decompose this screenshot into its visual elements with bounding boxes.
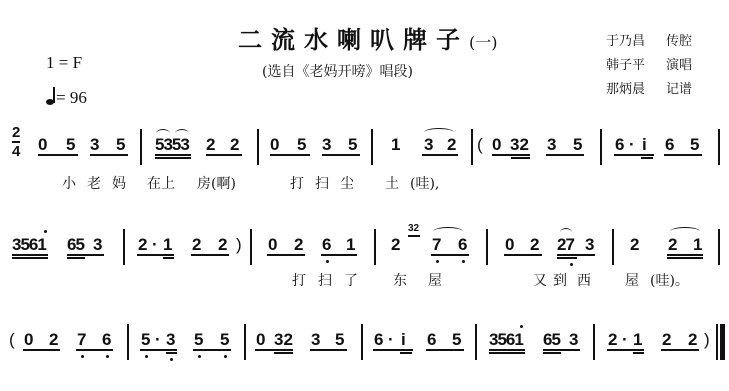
underline bbox=[270, 154, 310, 156]
underline bbox=[607, 349, 644, 351]
underline bbox=[431, 254, 469, 256]
note: 32 bbox=[510, 135, 529, 155]
note: 1 bbox=[693, 235, 702, 255]
note: 0 bbox=[38, 135, 47, 155]
note: 3 bbox=[585, 235, 594, 255]
note: 0 bbox=[505, 235, 514, 255]
underline bbox=[321, 254, 357, 256]
note: 3 bbox=[322, 135, 331, 155]
note: i bbox=[401, 330, 406, 350]
bar-line bbox=[600, 129, 602, 165]
note: 2 bbox=[530, 235, 539, 255]
note: 32 bbox=[274, 330, 293, 350]
credit-role: 记谱 bbox=[666, 82, 692, 97]
lyric: 了 bbox=[344, 270, 358, 290]
bar-line bbox=[718, 229, 720, 265]
note: 3 bbox=[569, 330, 578, 350]
subtitle: (选自《老妈开嗙》唱段) bbox=[262, 61, 413, 81]
underline bbox=[511, 157, 530, 159]
note: 5 bbox=[141, 330, 150, 350]
bar-line bbox=[374, 229, 376, 265]
note: 0 bbox=[24, 330, 33, 350]
dot: · bbox=[622, 330, 628, 350]
grace-notes: 32 bbox=[408, 223, 419, 234]
note-group: 5353 bbox=[155, 135, 189, 155]
bar-line bbox=[471, 129, 473, 165]
note: 2 bbox=[688, 330, 697, 350]
lyric: 扫 bbox=[318, 270, 332, 290]
bar-line bbox=[612, 229, 614, 265]
underline bbox=[557, 254, 595, 256]
dot: · bbox=[388, 330, 394, 350]
note: 2 bbox=[294, 235, 303, 255]
note: 1 bbox=[346, 235, 355, 255]
underline bbox=[641, 157, 653, 159]
note: 3 bbox=[166, 330, 175, 350]
dot: · bbox=[629, 135, 635, 155]
note: 1 bbox=[391, 135, 400, 155]
low-octave-dot bbox=[81, 355, 84, 358]
bar-line bbox=[140, 129, 142, 165]
bar-line bbox=[718, 129, 720, 165]
note: 6 bbox=[322, 235, 331, 255]
note: 2 bbox=[630, 235, 639, 255]
note: 0 bbox=[492, 135, 501, 155]
underline bbox=[667, 257, 703, 259]
paren: ) bbox=[704, 330, 710, 350]
bar-line bbox=[716, 324, 718, 360]
paren: ) bbox=[236, 235, 242, 255]
ts-bottom: 4 bbox=[12, 144, 20, 159]
underline bbox=[422, 154, 458, 156]
dot: · bbox=[155, 330, 161, 350]
note: 6 bbox=[615, 135, 624, 155]
final-bar-line bbox=[720, 324, 725, 360]
underline bbox=[408, 235, 420, 237]
note: 6 bbox=[102, 330, 111, 350]
lyric: 屋 bbox=[428, 270, 442, 290]
bar-line bbox=[244, 324, 246, 360]
underline bbox=[166, 352, 177, 354]
note: 3 bbox=[90, 135, 99, 155]
credit-name: 那炳晨 bbox=[606, 78, 666, 102]
note: 2 bbox=[230, 135, 239, 155]
low-octave-dot bbox=[198, 355, 201, 358]
note-group: 65 bbox=[67, 235, 84, 255]
underline bbox=[543, 349, 580, 351]
note: 5 bbox=[573, 135, 582, 155]
note: 3 bbox=[547, 135, 556, 155]
low-octave-dot bbox=[224, 355, 227, 358]
underline bbox=[137, 254, 174, 256]
note: 6 bbox=[665, 135, 674, 155]
lyric: 扫 bbox=[315, 173, 329, 193]
paren: ( bbox=[9, 330, 15, 350]
underline bbox=[664, 154, 702, 156]
bar-line bbox=[371, 129, 373, 165]
lyric: 打 bbox=[290, 173, 304, 193]
note: 2 bbox=[192, 235, 201, 255]
bar-line bbox=[250, 229, 252, 265]
underline bbox=[504, 254, 542, 256]
underline bbox=[193, 349, 231, 351]
title-text: 二流水喇叭牌子 bbox=[238, 25, 469, 54]
note: 2 bbox=[49, 330, 58, 350]
note: 5 bbox=[194, 330, 203, 350]
underline bbox=[322, 154, 360, 156]
underline bbox=[38, 154, 78, 156]
bar-line bbox=[127, 324, 129, 360]
low-octave-dot bbox=[145, 355, 148, 358]
note: 0 bbox=[270, 135, 279, 155]
underline bbox=[76, 349, 113, 351]
lyric: 尘 bbox=[340, 173, 354, 193]
bar-line bbox=[475, 324, 477, 360]
staff-line-3: ( 0 2 7 6 5 · 3 5 5 0 32 3 5 6 · i 6 5 3… bbox=[0, 330, 729, 370]
underline bbox=[661, 349, 699, 351]
low-octave-dot bbox=[106, 355, 109, 358]
ts-top: 2 bbox=[12, 125, 20, 140]
underline bbox=[667, 254, 703, 256]
credit-row: 于乃昌传腔 bbox=[606, 30, 692, 54]
underline bbox=[489, 352, 525, 354]
credit-role: 传腔 bbox=[666, 34, 692, 49]
underline bbox=[543, 352, 561, 354]
high-octave-dot bbox=[44, 230, 47, 233]
bar-line bbox=[123, 229, 125, 265]
underline bbox=[67, 257, 85, 259]
lyric: (哇)。 bbox=[650, 270, 689, 290]
title-suffix: (一) bbox=[469, 33, 498, 52]
lyric: 在上 bbox=[147, 173, 175, 193]
bar-line bbox=[257, 129, 259, 165]
credit-name: 于乃昌 bbox=[606, 30, 666, 54]
note: 2 bbox=[206, 135, 215, 155]
low-octave-dot bbox=[570, 263, 573, 266]
lyric: 土 bbox=[385, 173, 399, 193]
note: 5 bbox=[220, 330, 229, 350]
note: 7 bbox=[77, 330, 86, 350]
note: 3 bbox=[93, 235, 102, 255]
note: 0 bbox=[268, 235, 277, 255]
lyric: 东 bbox=[393, 270, 407, 290]
underline bbox=[163, 257, 174, 259]
dot: · bbox=[152, 235, 158, 255]
note: 1 bbox=[633, 330, 642, 350]
staff-line-1: 24 0 5 3 5 5353 2 2 0 5 3 5 1 3 2 ( 0 32… bbox=[0, 135, 729, 175]
note-group: 3561 bbox=[489, 330, 523, 350]
underline bbox=[12, 254, 48, 256]
note-group: 3561 bbox=[12, 235, 46, 255]
credit-row: 那炳晨记谱 bbox=[606, 78, 692, 102]
underline bbox=[155, 157, 191, 159]
underline bbox=[23, 349, 60, 351]
note: 5 bbox=[348, 135, 357, 155]
credits: 于乃昌传腔 韩子平演唱 那炳晨记谱 bbox=[606, 30, 692, 102]
underline bbox=[557, 257, 577, 259]
note: 5 bbox=[335, 330, 344, 350]
underline bbox=[206, 154, 242, 156]
note-group: 27 bbox=[557, 235, 574, 255]
bar-line bbox=[593, 324, 595, 360]
note: 3 bbox=[424, 135, 433, 155]
note: 6 bbox=[427, 330, 436, 350]
lyric: 妈 bbox=[112, 173, 126, 193]
low-octave-dot bbox=[326, 260, 329, 263]
underline bbox=[255, 349, 293, 351]
note: 5 bbox=[452, 330, 461, 350]
note: 2 bbox=[138, 235, 147, 255]
underline bbox=[12, 257, 48, 259]
underline bbox=[546, 154, 584, 156]
underline bbox=[191, 254, 229, 256]
note: 7 bbox=[432, 235, 441, 255]
note-group: 65 bbox=[543, 330, 560, 350]
lyric: 西 bbox=[577, 270, 591, 290]
underline bbox=[140, 349, 177, 351]
underline bbox=[633, 352, 644, 354]
lyric: 老 bbox=[87, 173, 101, 193]
note: 5 bbox=[690, 135, 699, 155]
low-octave-dot bbox=[170, 358, 173, 361]
underline bbox=[489, 349, 525, 351]
note: 2 bbox=[447, 135, 456, 155]
underline bbox=[492, 154, 530, 156]
underline bbox=[274, 352, 293, 354]
lyric: 又 bbox=[533, 270, 547, 290]
key-signature: 1 = F bbox=[46, 53, 82, 73]
note: 5 bbox=[116, 135, 125, 155]
note: 1 bbox=[163, 235, 172, 255]
lyric: 屋 bbox=[625, 270, 639, 290]
underline bbox=[90, 154, 128, 156]
credit-role: 演唱 bbox=[666, 58, 692, 73]
underline bbox=[155, 154, 191, 156]
note: 0 bbox=[256, 330, 265, 350]
lyric: (哇), bbox=[410, 173, 439, 193]
note: 5 bbox=[66, 135, 75, 155]
note: 2 bbox=[391, 235, 400, 255]
bar-line bbox=[486, 229, 488, 265]
underline bbox=[267, 254, 305, 256]
lyric: 房(啊) bbox=[197, 173, 236, 193]
tempo-marking: = 96 bbox=[46, 88, 87, 108]
low-octave-dot bbox=[462, 260, 465, 263]
note: 6 bbox=[374, 330, 383, 350]
quarter-note-icon bbox=[46, 89, 56, 105]
note: i bbox=[642, 135, 647, 155]
underline bbox=[426, 349, 464, 351]
lyric: 小 bbox=[62, 173, 76, 193]
lyric: 到 bbox=[553, 270, 567, 290]
underline bbox=[373, 349, 413, 351]
underline bbox=[400, 352, 412, 354]
low-octave-dot bbox=[436, 260, 439, 263]
high-octave-dot bbox=[520, 325, 523, 328]
note: 2 bbox=[608, 330, 617, 350]
note: 6 bbox=[458, 235, 467, 255]
staff-line-2: 3561 65 3 2 · 1 2 2 ) 0 2 6 1 2 32 7 6 0… bbox=[0, 235, 729, 275]
time-signature: 24 bbox=[12, 125, 20, 159]
credit-name: 韩子平 bbox=[606, 54, 666, 78]
underline bbox=[67, 254, 104, 256]
note: 2 bbox=[662, 330, 671, 350]
bar-line bbox=[361, 324, 363, 360]
note: 3 bbox=[311, 330, 320, 350]
note: 2 bbox=[668, 235, 677, 255]
song-title: 二流水喇叭牌子(一) bbox=[238, 20, 498, 55]
credit-row: 韩子平演唱 bbox=[606, 54, 692, 78]
underline bbox=[310, 349, 347, 351]
lyric: 打 bbox=[292, 270, 306, 290]
tempo-value: = 96 bbox=[56, 88, 87, 107]
note: 5 bbox=[297, 135, 306, 155]
note: 2 bbox=[218, 235, 227, 255]
underline bbox=[614, 154, 654, 156]
paren: ( bbox=[477, 135, 483, 155]
